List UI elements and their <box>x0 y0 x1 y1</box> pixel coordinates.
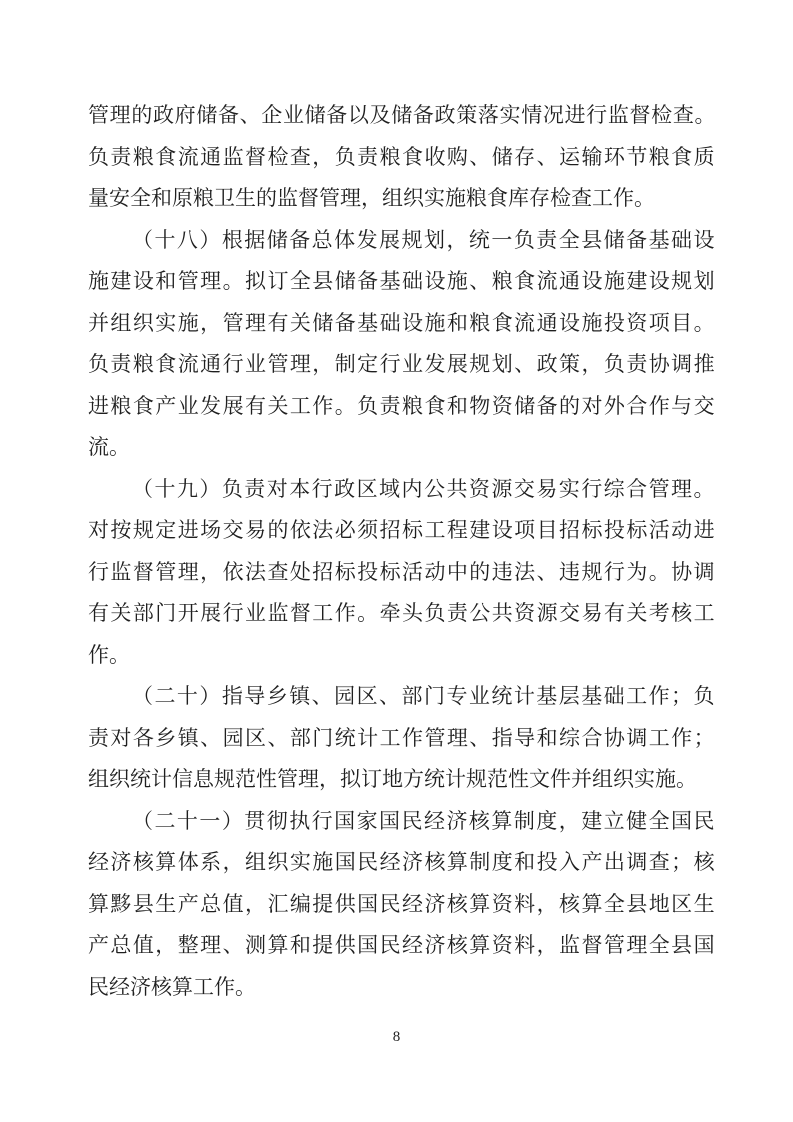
text-line: （二十一）贯彻执行国家国民经济核算制度，建立健全国民 <box>88 801 716 843</box>
text-line: （二十）指导乡镇、园区、部门专业统计基层基础工作；负 <box>88 676 716 718</box>
text-line: 负责粮食流通监督检查，负责粮食收购、储存、运输环节粮食质 <box>88 137 716 179</box>
text-line: 管理的政府储备、企业储备以及储备政策落实情况进行监督检查。 <box>88 95 716 137</box>
text-line: 进粮食产业发展有关工作。负责粮食和物资储备的对外合作与交 <box>88 386 716 428</box>
text-line: （十九）负责对本行政区域内公共资源交易实行综合管理。 <box>88 469 716 511</box>
text-line: 流。 <box>88 427 716 469</box>
text-line: 作。 <box>88 635 716 677</box>
text-line: 施建设和管理。拟订全县储备基础设施、粮食流通设施建设规划 <box>88 261 716 303</box>
document-body: 管理的政府储备、企业储备以及储备政策落实情况进行监督检查。负责粮食流通监督检查，… <box>88 95 716 1008</box>
text-line: 民经济核算工作。 <box>88 967 716 1009</box>
text-line: 并组织实施，管理有关储备基础设施和粮食流通设施投资项目。 <box>88 303 716 345</box>
text-line: 算黟县生产总值，汇编提供国民经济核算资料，核算全县地区生 <box>88 884 716 926</box>
text-line: 产总值，整理、测算和提供国民经济核算资料，监督管理全县国 <box>88 925 716 967</box>
text-line: 责对各乡镇、园区、部门统计工作管理、指导和综合协调工作； <box>88 718 716 760</box>
text-line: 量安全和原粮卫生的监督管理，组织实施粮食库存检查工作。 <box>88 178 716 220</box>
page-number: 8 <box>0 1026 793 1048</box>
text-line: 行监督管理，依法查处招标投标活动中的违法、违规行为。协调 <box>88 552 716 594</box>
text-line: 对按规定进场交易的依法必须招标工程建设项目招标投标活动进 <box>88 510 716 552</box>
document-page: 管理的政府储备、企业储备以及储备政策落实情况进行监督检查。负责粮食流通监督检查，… <box>0 0 793 1122</box>
text-line: 组织统计信息规范性管理，拟订地方统计规范性文件并组织实施。 <box>88 759 716 801</box>
text-line: 负责粮食流通行业管理，制定行业发展规划、政策，负责协调推 <box>88 344 716 386</box>
text-line: （十八）根据储备总体发展规划，统一负责全县储备基础设 <box>88 220 716 262</box>
text-line: 有关部门开展行业监督工作。牵头负责公共资源交易有关考核工 <box>88 593 716 635</box>
text-line: 经济核算体系，组织实施国民经济核算制度和投入产出调查；核 <box>88 842 716 884</box>
